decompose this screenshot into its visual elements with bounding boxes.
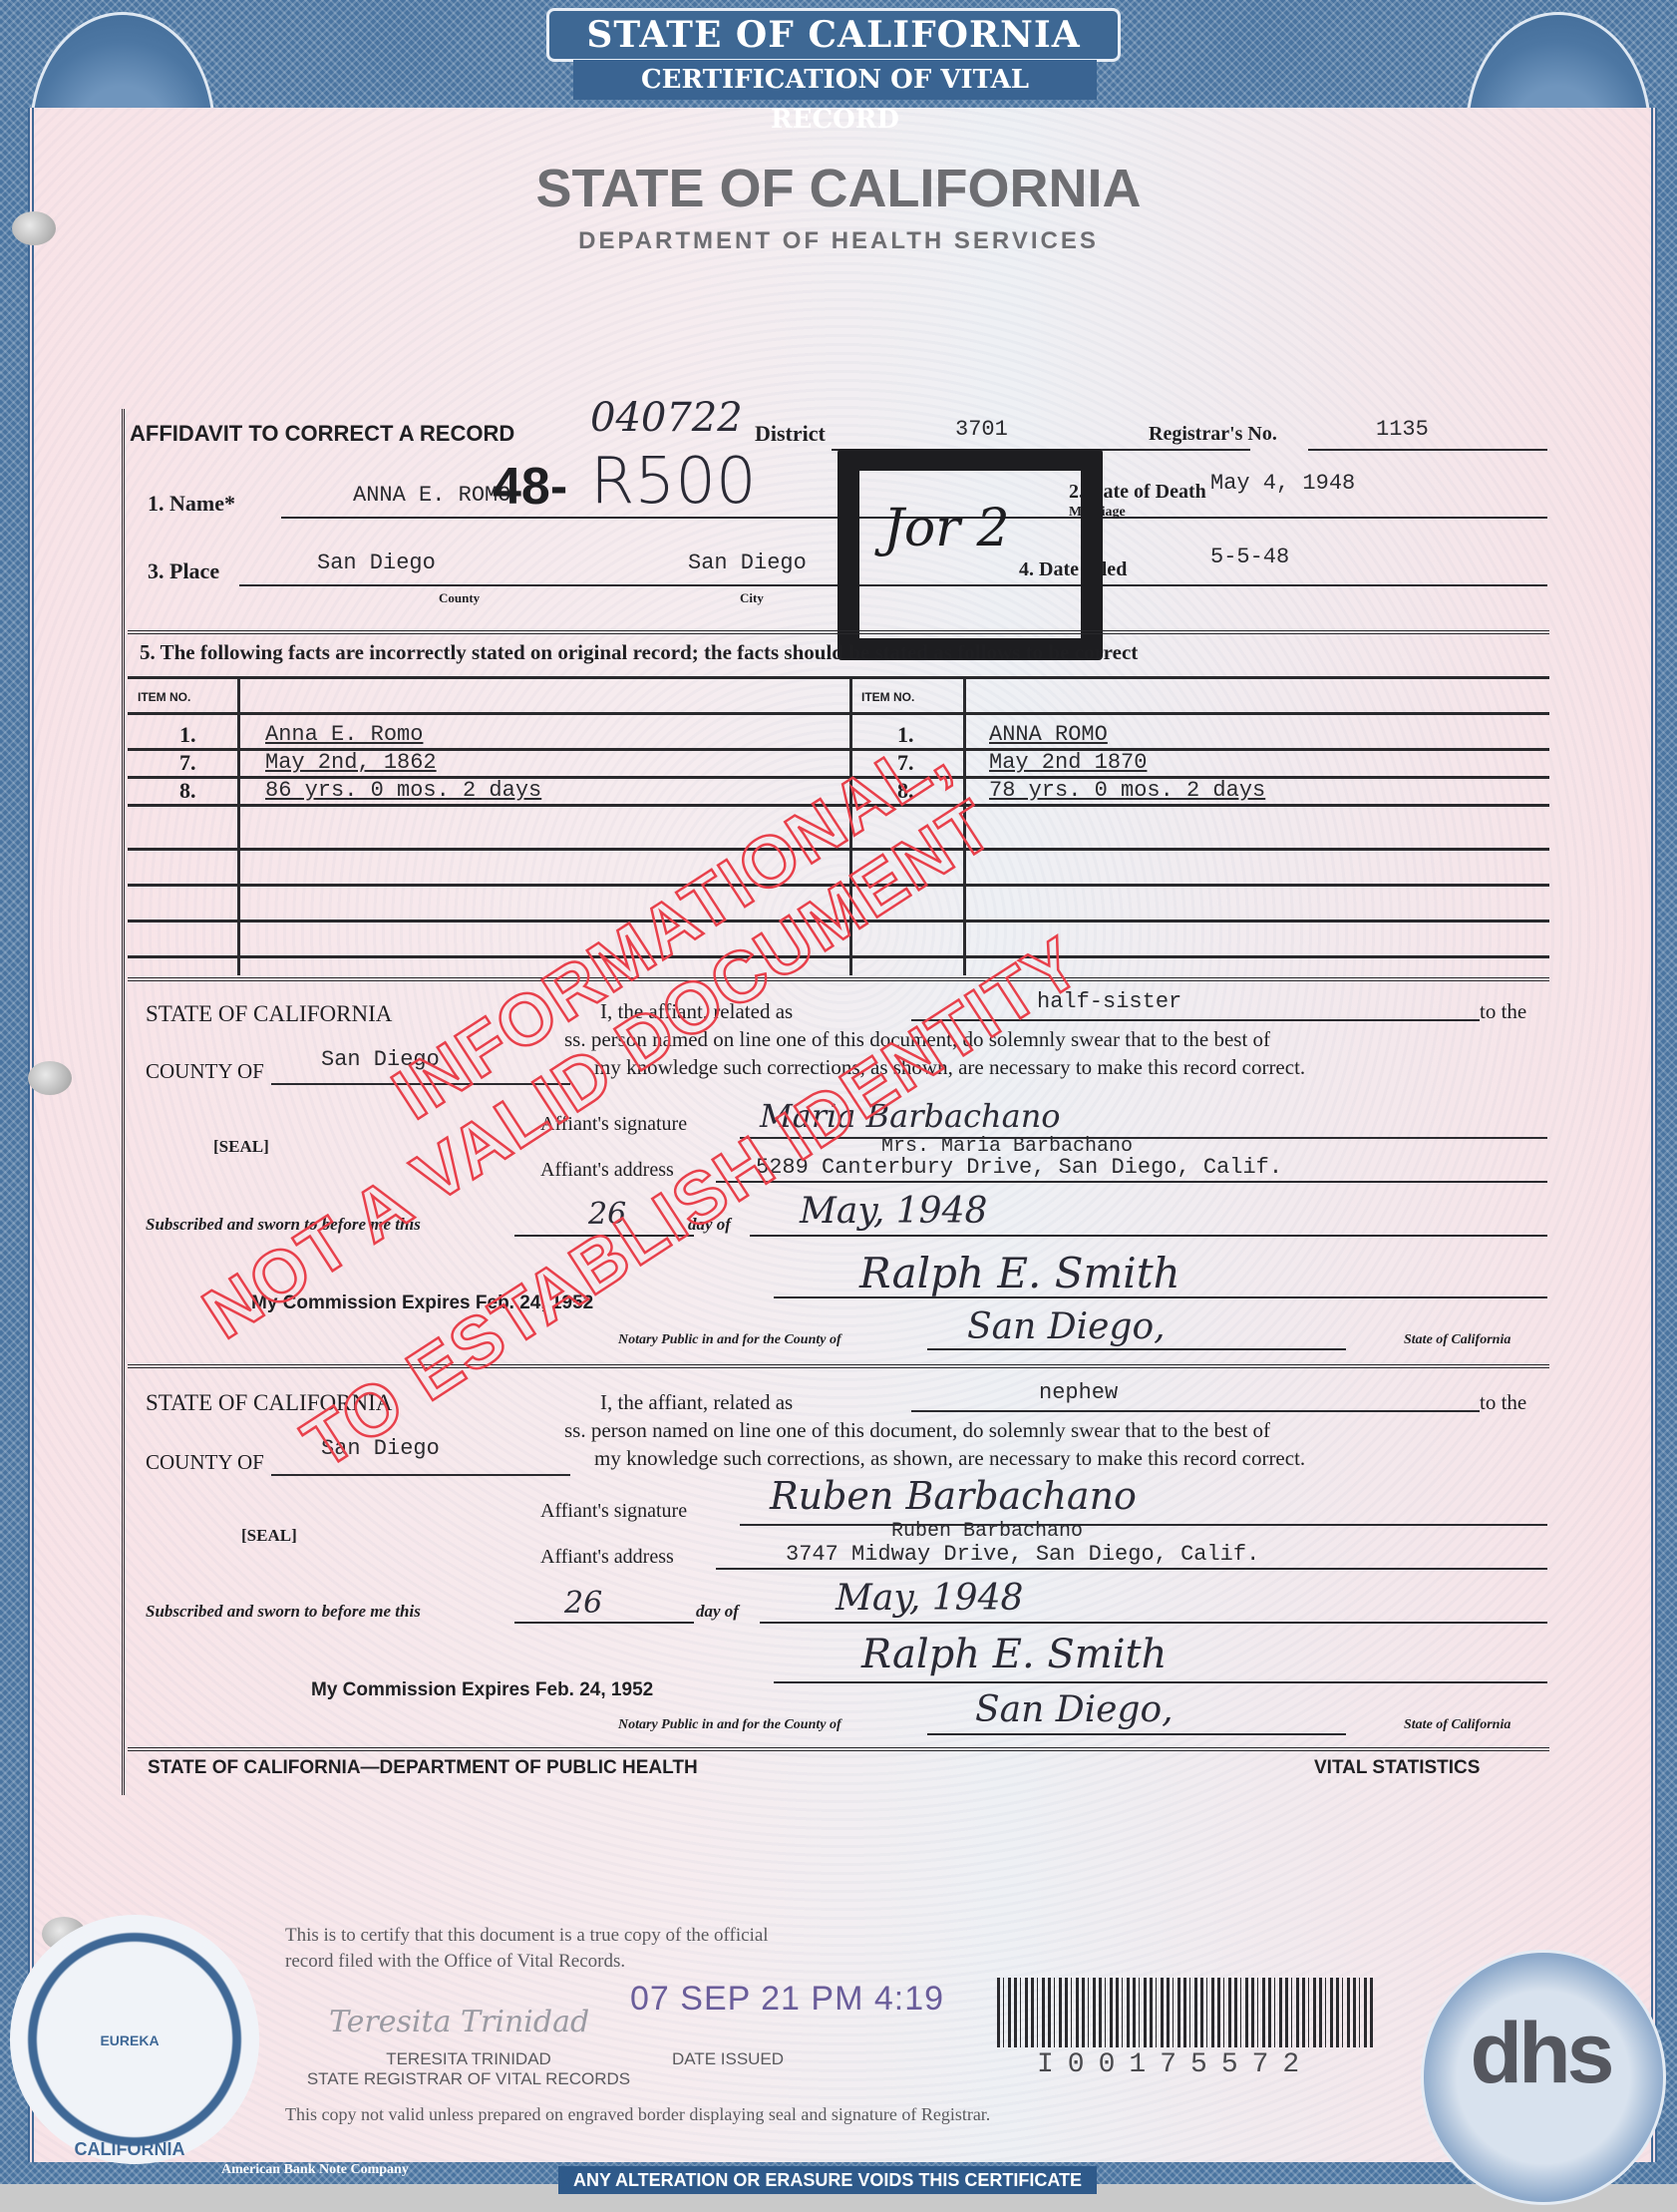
banner-subtitle: CERTIFICATION OF VITAL RECORD (573, 60, 1097, 100)
punch-hole (28, 1061, 72, 1095)
certification-text-2: record filed with the Office of Vital Re… (285, 1951, 625, 1973)
commission-expiry: My Commission Expires Feb. 24, 1952 (311, 1679, 653, 1701)
form-title: AFFIDAVIT TO CORRECT A RECORD (130, 421, 514, 447)
name-label: 1. Name* (148, 491, 235, 517)
registrar-signature: Teresita Trinidad (329, 2005, 589, 2039)
state-title: STATE OF CALIFORNIA (0, 158, 1677, 219)
affidavit-state: STATE OF CALIFORNIA (146, 1001, 392, 1027)
incorrect-value: Anna E. Romo (265, 722, 423, 747)
affiant-signature: Ruben Barbachano (770, 1474, 1137, 1518)
form-footer-right: VITAL STATISTICS (1314, 1757, 1480, 1779)
sworn-day: 26 (564, 1586, 602, 1621)
item-number: 7. (179, 750, 196, 776)
address-line (716, 1181, 1547, 1183)
notary-signature-line (774, 1296, 1547, 1298)
alteration-warning: ANY ALTERATION OR ERASURE VOIDS THIS CER… (558, 2166, 1097, 2194)
day-line (514, 1622, 694, 1624)
row-rule (128, 748, 1549, 751)
place-county-value: San Diego (317, 551, 436, 575)
signature-label: Affiant's signature (540, 1500, 687, 1523)
divider (128, 977, 1549, 981)
date-value: May 4, 1948 (1210, 471, 1355, 496)
relation-line (911, 1410, 1480, 1412)
place-label: 3. Place (148, 558, 219, 584)
divider (128, 676, 1549, 679)
month-line (750, 1235, 1547, 1237)
section-5-label: 5. The following facts are incorrectly s… (140, 640, 1138, 665)
incorrect-value: May 2nd, 1862 (265, 750, 437, 775)
registrar-name: TERESITA TRINIDAD (289, 2049, 648, 2069)
left-item-header: ITEM NO. (138, 690, 190, 704)
place-city-caption: City (740, 590, 764, 606)
affiant-address: 3747 Midway Drive, San Diego, Calif. (786, 1542, 1259, 1567)
date-issued-stamp: 07 SEP 21 PM 4:19 (630, 1980, 944, 2019)
notary-signature: Ralph E. Smith (861, 1632, 1167, 1677)
seal-bottom-text: CALIFORNIA (60, 2139, 199, 2160)
department-title: DEPARTMENT OF HEALTH SERVICES (0, 227, 1677, 255)
registration-stamp-box: Jor 2 (838, 449, 1103, 660)
name-value: ANNA E. ROMO (353, 483, 510, 508)
barcode (997, 1978, 1376, 2047)
subscribed-label: Subscribed and sworn to before me this (146, 1602, 421, 1622)
to-the-label: to the (1480, 999, 1526, 1024)
banner-title: STATE OF CALIFORNIA (546, 8, 1121, 62)
registrar-label: Registrar's No. (1149, 423, 1277, 446)
notary-county-line (927, 1348, 1346, 1350)
right-item-header: ITEM NO. (861, 690, 914, 704)
notary-signature: Ralph E. Smith (859, 1249, 1180, 1297)
certification-text-1: This is to certify that this document is… (285, 1925, 769, 1947)
affiant-typed-name: Ruben Barbachano (891, 1520, 1083, 1543)
district-value: 3701 (955, 417, 1008, 442)
state-of-california-label: State of California (1404, 1717, 1510, 1733)
correct-value: May 2nd 1870 (989, 750, 1147, 775)
signature-line (740, 1524, 1547, 1526)
stamp-handwritten-mark: Jor 2 (883, 499, 1010, 558)
form-left-rule (122, 409, 129, 1795)
oath-line-1: ss. person named on line one of this doc… (564, 1418, 1270, 1443)
seal-label: [SEAL] (241, 1526, 297, 1546)
notary-county-label: Notary Public in and for the County of (618, 1717, 841, 1733)
relation-value: nephew (1039, 1380, 1118, 1405)
barcode-number: I00175572 (1037, 2049, 1313, 2080)
notary-signature-line (774, 1681, 1547, 1683)
to-the-label: to the (1480, 1390, 1526, 1415)
item-number: 1. (179, 722, 196, 748)
notary-county: San Diego, (975, 1689, 1174, 1730)
registrar-title: STATE REGISTRAR OF VITAL RECORDS (259, 2069, 678, 2089)
registrar-line (1308, 449, 1547, 451)
stamped-prefix: 48- (493, 457, 567, 517)
county-label: COUNTY OF (146, 1059, 264, 1084)
form-footer-left: STATE OF CALIFORNIA—DEPARTMENT OF PUBLIC… (148, 1757, 698, 1779)
sworn-month-year: May, 1948 (800, 1191, 987, 1232)
seal-motto: EUREKA (75, 2032, 184, 2048)
correct-value: 78 yrs. 0 mos. 2 days (989, 778, 1265, 803)
notary-county: San Diego, (967, 1306, 1166, 1347)
divider (128, 1364, 1549, 1368)
row-rule (128, 712, 1549, 715)
registrar-value: 1135 (1376, 417, 1429, 442)
place-county-caption: County (439, 590, 480, 606)
table-col-rule (237, 676, 240, 975)
date-filed-value: 5-5-48 (1210, 545, 1289, 569)
month-line (760, 1622, 1547, 1624)
oath-line-2: my knowledge such corrections, as shown,… (594, 1446, 1305, 1471)
seal-label: [SEAL] (213, 1137, 269, 1157)
place-city-value: San Diego (688, 551, 807, 575)
divider (128, 630, 1549, 634)
validity-note: This copy not valid unless prepared on e… (285, 2104, 990, 2125)
punch-hole (12, 211, 56, 245)
address-label: Affiant's address (540, 1546, 674, 1569)
incorrect-value: 86 yrs. 0 mos. 2 days (265, 778, 541, 803)
county-label: COUNTY OF (146, 1450, 264, 1475)
handwritten-number-top: 040722 (590, 395, 743, 441)
related-label: I, the affiant, related as (600, 1390, 793, 1415)
item-number: 8. (179, 778, 196, 804)
dhs-logo-text: dhs (1441, 2005, 1640, 2103)
district-label: District (755, 421, 826, 447)
notary-county-line (927, 1733, 1346, 1735)
date-issued-label: DATE ISSUED (658, 2049, 798, 2069)
printer-credit: American Bank Note Company (221, 2162, 409, 2178)
divider (128, 1747, 1549, 1751)
state-of-california-label: State of California (1404, 1332, 1510, 1348)
correct-value: ANNA ROMO (989, 722, 1108, 747)
address-line (716, 1568, 1547, 1570)
day-of-label: day of (696, 1602, 739, 1622)
notary-county-label: Notary Public in and for the County of (618, 1332, 841, 1348)
county-line (271, 1474, 570, 1476)
handwritten-record-number: R500 (590, 445, 757, 519)
sworn-month-year: May, 1948 (836, 1578, 1023, 1619)
